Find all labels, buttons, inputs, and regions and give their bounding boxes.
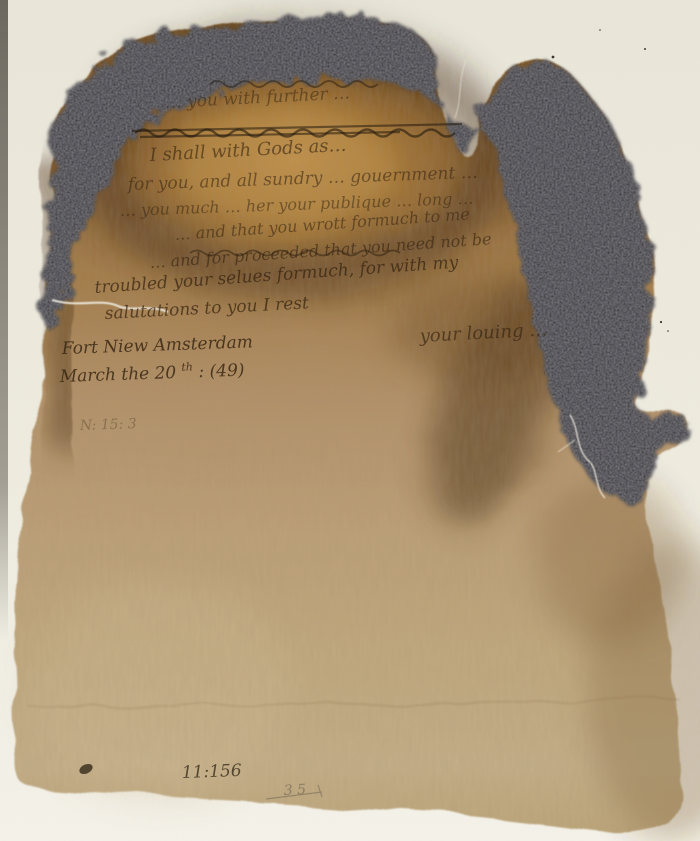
manuscript-scan: … you with further … I shall with Gods a… — [0, 0, 700, 841]
scan-edge-shadow — [0, 0, 8, 640]
date-prefix: March the 20 — [58, 363, 176, 387]
faint-notation: N: 15: 3 — [79, 416, 137, 434]
date-suffix: : (49) — [198, 361, 245, 383]
manuscript-drawing: … you with further … I shall with Gods a… — [0, 0, 700, 841]
catalog-number: 11:156 — [181, 761, 242, 783]
date-superscript: th — [181, 360, 193, 373]
